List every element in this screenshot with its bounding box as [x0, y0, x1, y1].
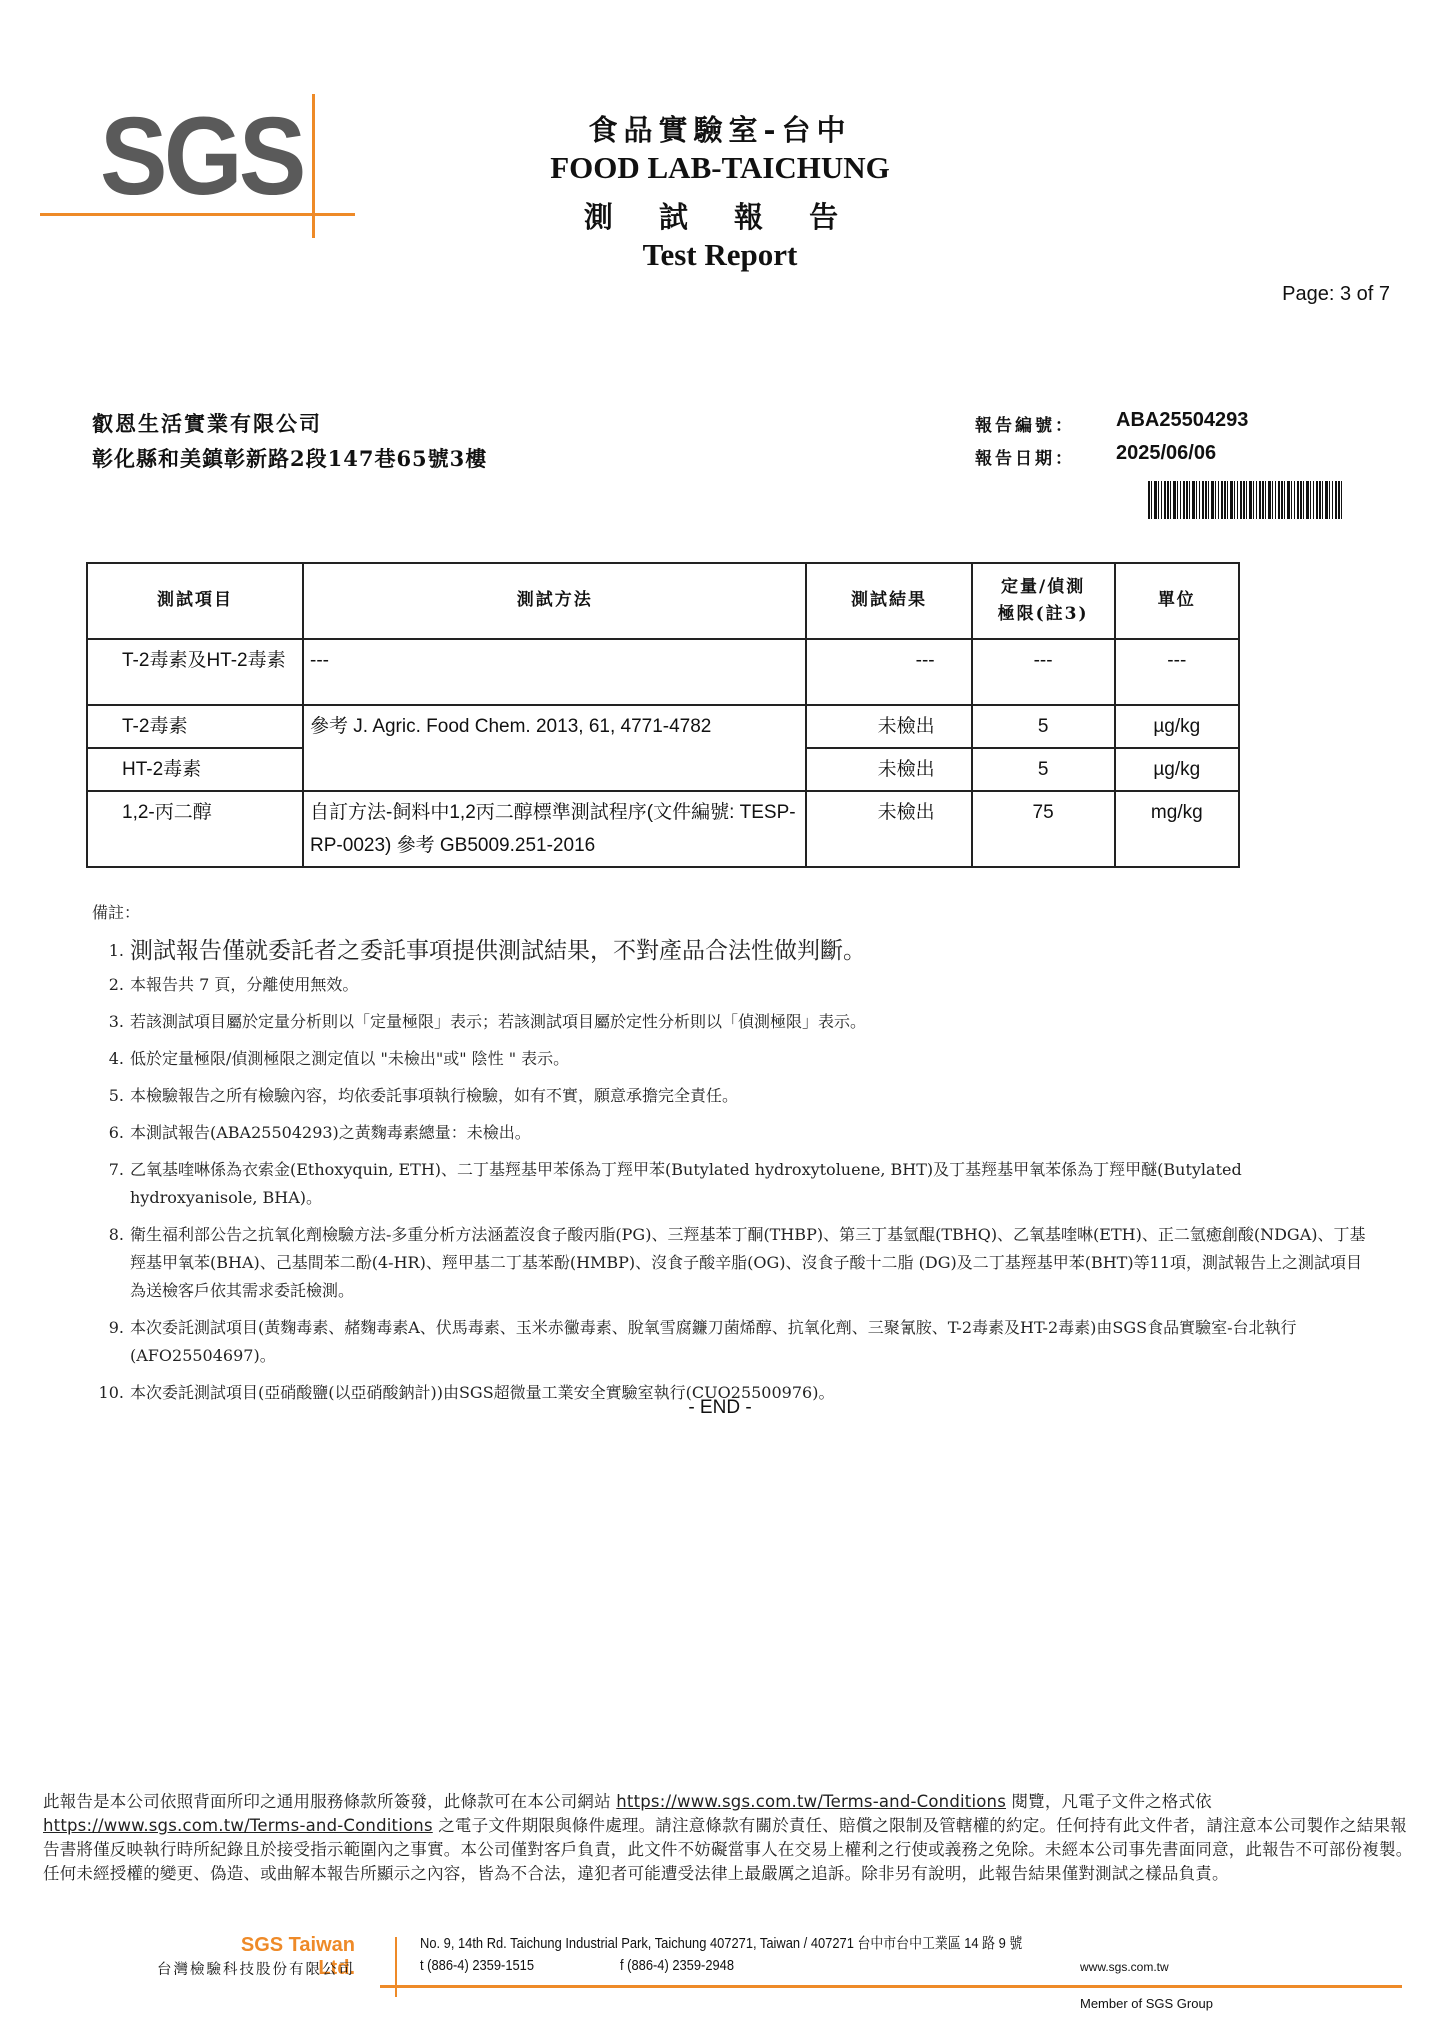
company-address: No. 9, 14th Rd. Taichung Industrial Park…: [420, 1932, 1022, 1953]
cell-result: 未檢出: [806, 705, 971, 748]
cell-unit: mg/kg: [1115, 791, 1239, 867]
note-item: 5. 本檢驗報告之所有檢驗內容，均依委託事項執行檢驗，如有不實，願意承擔完全責任…: [92, 1082, 1372, 1110]
client-address: 彰化縣和美鎮彰新路2段147巷65號3樓: [92, 443, 487, 473]
cell-limit: 75: [972, 791, 1115, 867]
note-number: 9.: [92, 1314, 130, 1370]
cell-limit: 5: [972, 748, 1115, 791]
note-number: 2.: [92, 971, 130, 999]
note-item: 3. 若該測試項目屬於定量分析則以「定量極限」表示；若該測試項目屬於定性分析則以…: [92, 1008, 1372, 1036]
page-indicator: Page: 3 of 7: [1282, 283, 1390, 306]
note-item: 4. 低於定量極限/偵測極限之測定值以 "未檢出"或" 陰性 " 表示。: [92, 1045, 1372, 1073]
legal-disclaimer: 此報告是本公司依照背面所印之通用服務條款所簽發，此條款可在本公司網站 https…: [43, 1790, 1413, 1886]
table-row: 1,2-丙二醇 自訂方法-飼料中1,2丙二醇標準測試程序(文件編號: TESP-…: [87, 791, 1239, 867]
lab-name-en: FOOD LAB-TAICHUNG: [420, 150, 1020, 186]
terms-link[interactable]: https://www.sgs.com.tw/Terms-and-Conditi…: [616, 1792, 1006, 1811]
results-table: 測試項目 測試方法 測試結果 定量/偵測 極限(註3) 單位 T-2毒素及HT-…: [86, 562, 1240, 868]
note-number: 6.: [92, 1119, 130, 1147]
table-row: T-2毒素 參考 J. Agric. Food Chem. 2013, 61, …: [87, 705, 1239, 748]
cell-result: 未檢出: [806, 791, 971, 867]
end-marker: - END -: [0, 1397, 1440, 1419]
header-unit: 單位: [1115, 563, 1239, 639]
cell-item: 1,2-丙二醇: [87, 791, 303, 867]
note-item: 8. 衛生福利部公告之抗氧化劑檢驗方法-多重分析方法涵蓋沒食子酸丙脂(PG)、三…: [92, 1221, 1372, 1305]
note-item: 9. 本次委託測試項目(黃麴毒素、赭麴毒素A、伏馬毒素、玉米赤黴毒素、脫氧雪腐鐮…: [92, 1314, 1372, 1370]
header-limit: 定量/偵測 極限(註3): [972, 563, 1115, 639]
footer-horizontal-rule: [380, 1985, 1402, 1988]
header-limit-line2: 極限(註3): [998, 604, 1089, 624]
note-text: 本次委託測試項目(黃麴毒素、赭麴毒素A、伏馬毒素、玉米赤黴毒素、脫氧雪腐鐮刀菌烯…: [130, 1314, 1372, 1370]
cell-limit: 5: [972, 705, 1115, 748]
note-number: 8.: [92, 1221, 130, 1305]
barcode: [1148, 481, 1344, 519]
lab-name-zh: 食品實驗室-台中: [420, 108, 1020, 149]
logo-horizontal-rule: [40, 213, 355, 216]
report-date-value: 2025/06/06: [1116, 442, 1216, 465]
note-number: 1.: [92, 937, 130, 965]
report-title-zh: 測 試 報 告: [420, 195, 1020, 236]
company-telephone: t (886-4) 2359-1515: [420, 1957, 534, 1974]
cell-result: ---: [806, 639, 971, 705]
cell-item: HT-2毒素: [87, 748, 303, 791]
header-limit-line1: 定量/偵測: [1001, 577, 1085, 597]
report-number-label: 報告編號：: [975, 411, 1075, 436]
company-fax: f (886-4) 2359-2948: [620, 1957, 734, 1974]
note-text: 本報告共 7 頁，分離使用無效。: [130, 971, 358, 999]
cell-method: ---: [303, 639, 806, 705]
notes-section: 備註： 1. 測試報告僅就委託者之委託事項提供測試結果，不對產品合法性做判斷。 …: [92, 900, 1372, 1416]
logo-vertical-rule: [312, 94, 315, 238]
notes-title: 備註：: [92, 900, 1372, 923]
note-item: 6. 本測試報告(ABA25504293)之黃麴毒素總量：未檢出。: [92, 1119, 1372, 1147]
note-number: 5.: [92, 1082, 130, 1110]
note-item: 1. 測試報告僅就委託者之委託事項提供測試結果，不對產品合法性做判斷。: [92, 937, 1372, 965]
note-text: 乙氧基喹啉係為衣索金(Ethoxyquin, ETH)、二丁基羥基甲苯係為丁羥甲…: [130, 1156, 1372, 1212]
table-row: T-2毒素及HT-2毒素 --- --- --- ---: [87, 639, 1239, 705]
note-number: 3.: [92, 1008, 130, 1036]
report-number-value: ABA25504293: [1116, 409, 1248, 432]
cell-item: T-2毒素及HT-2毒素: [87, 639, 303, 705]
footer-vertical-rule: [395, 1937, 397, 1997]
header-test-method: 測試方法: [303, 563, 806, 639]
report-date-label: 報告日期：: [975, 444, 1075, 469]
note-item: 2. 本報告共 7 頁，分離使用無效。: [92, 971, 1372, 999]
company-name-zh: 台灣檢驗科技股份有限公司: [120, 1958, 355, 1979]
cell-limit: ---: [972, 639, 1115, 705]
member-of-sgs-group: Member of SGS Group: [1080, 1996, 1213, 2011]
cell-unit: µg/kg: [1115, 748, 1239, 791]
terms-link-2[interactable]: https://www.sgs.com.tw/Terms-and-Conditi…: [43, 1816, 433, 1835]
note-text: 若該測試項目屬於定量分析則以「定量極限」表示；若該測試項目屬於定性分析則以「偵測…: [130, 1008, 866, 1036]
note-text: 低於定量極限/偵測極限之測定值以 "未檢出"或" 陰性 " 表示。: [130, 1045, 569, 1073]
cell-unit: ---: [1115, 639, 1239, 705]
note-number: 4.: [92, 1045, 130, 1073]
client-name: 叡恩生活實業有限公司: [92, 408, 322, 438]
cell-unit: µg/kg: [1115, 705, 1239, 748]
note-text: 測試報告僅就委託者之委託事項提供測試結果，不對產品合法性做判斷。: [130, 937, 866, 965]
sgs-logo: SGS: [100, 102, 303, 212]
note-text: 衛生福利部公告之抗氧化劑檢驗方法-多重分析方法涵蓋沒食子酸丙脂(PG)、三羥基苯…: [130, 1221, 1372, 1305]
company-website[interactable]: www.sgs.com.tw: [1080, 1960, 1169, 1974]
cell-result: 未檢出: [806, 748, 971, 791]
disclaimer-text-1: 此報告是本公司依照背面所印之通用服務條款所簽發，此條款可在本公司網站: [43, 1792, 616, 1811]
note-text: 本檢驗報告之所有檢驗內容，均依委託事項執行檢驗，如有不實，願意承擔完全責任。: [130, 1082, 738, 1110]
table-header-row: 測試項目 測試方法 測試結果 定量/偵測 極限(註3) 單位: [87, 563, 1239, 639]
cell-method: 自訂方法-飼料中1,2丙二醇標準測試程序(文件編號: TESP-RP-0023)…: [303, 791, 806, 867]
note-number: 7.: [92, 1156, 130, 1212]
cell-method: 參考 J. Agric. Food Chem. 2013, 61, 4771-4…: [303, 705, 806, 791]
disclaimer-text-2: 閱覽，凡電子文件之格式依: [1006, 1792, 1212, 1811]
header-test-result: 測試結果: [806, 563, 971, 639]
cell-item: T-2毒素: [87, 705, 303, 748]
report-title-en: Test Report: [420, 237, 1020, 273]
header-test-item: 測試項目: [87, 563, 303, 639]
note-text: 本測試報告(ABA25504293)之黃麴毒素總量：未檢出。: [130, 1119, 531, 1147]
note-item: 7. 乙氧基喹啉係為衣索金(Ethoxyquin, ETH)、二丁基羥基甲苯係為…: [92, 1156, 1372, 1212]
